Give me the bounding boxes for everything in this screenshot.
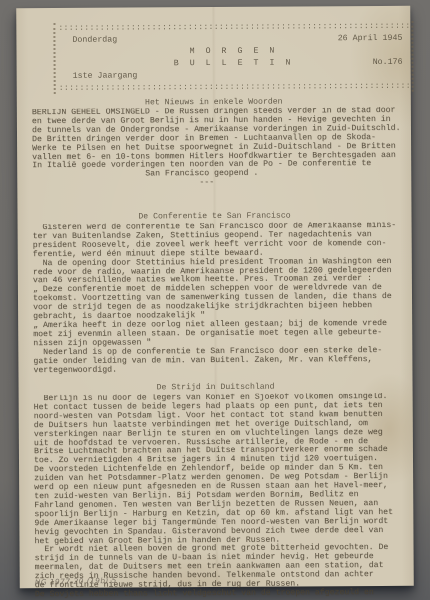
masthead-volume: 1ste Jaargang — [73, 70, 138, 82]
photograph-background: ::::::::::::::::::::::::::::::::::::::::… — [0, 0, 430, 600]
section-heading-battle-germany: De Strijd in Duitschland — [19, 382, 413, 393]
masthead-border-bottom: ::::::::::::::::::::::::::::::::::::::::… — [59, 80, 409, 94]
section-body-battle-germany: Berlijn is nu door de legers van Konief … — [34, 393, 412, 600]
masthead-date: 26 April 1945 — [338, 32, 403, 44]
masthead: ::::::::::::::::::::::::::::::::::::::::… — [53, 21, 413, 94]
bulletin-paper: ::::::::::::::::::::::::::::::::::::::::… — [16, 6, 414, 588]
section-heading-conference: De Conferentie te San Francisco — [17, 211, 411, 222]
masthead-day: Donderdag — [72, 34, 117, 46]
news-brief: BERLIJN GEHEEL OMSINGELD - De Russen dri… — [32, 107, 409, 189]
section-body-conference: Gisteren werd de conferentie te San Fran… — [33, 222, 411, 376]
masthead-issue-number: No.176 — [373, 56, 403, 68]
masthead-row-4: 1ste Jaargang — [59, 68, 409, 82]
